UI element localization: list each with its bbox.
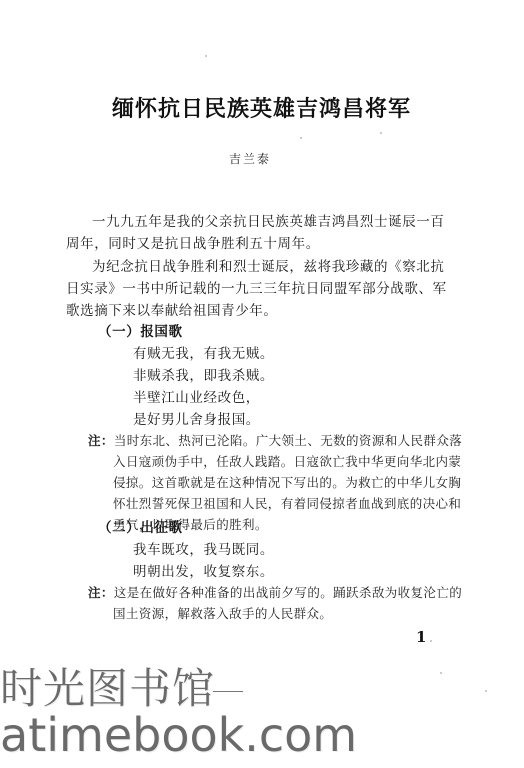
scan-speck xyxy=(485,690,487,692)
note-line: 入日寇顽伪手中，任敌人践踏。日寇欲亡我中华更向华北内蒙 xyxy=(113,453,461,471)
page-number: 1 xyxy=(416,628,426,646)
article-title: 缅怀抗日民族英雄吉鸿昌将军 xyxy=(112,92,412,123)
section-heading: （二）出征歌 xyxy=(98,519,183,537)
note-line: 注：当时东北、热河已沦陷。广大领土、无数的资源和人民群众落 xyxy=(88,432,462,450)
section-heading: （一）报国歌 xyxy=(98,323,183,341)
section-title: 报国歌 xyxy=(140,324,182,340)
scanned-page: 缅怀抗日民族英雄吉鸿昌将军 吉兰泰 一九九五年是我的父亲抗日民族英雄吉鸿昌烈士诞… xyxy=(0,0,524,768)
intro-line: 日实录》一书中所记载的一九三三年抗日同盟军部分战歌、军 xyxy=(66,280,447,298)
scan-speck xyxy=(440,672,442,674)
watermark-dash xyxy=(213,691,243,692)
scan-speck xyxy=(380,132,382,134)
section-number: （一） xyxy=(98,324,140,340)
scan-speck xyxy=(300,137,302,139)
note-line: 侵掠。这首歌就是在这种情况下写出的。为救亡的中华儿女胸 xyxy=(113,474,461,492)
verse-line: 明朝出发，收复察东。 xyxy=(133,563,274,581)
verse-line: 是好男儿舍身报国。 xyxy=(133,411,260,429)
author-name: 吉兰泰 xyxy=(229,150,271,167)
note-label: 注： xyxy=(88,433,114,448)
intro-line: 为纪念抗日战争胜利和烈士诞辰，兹将我珍藏的《察北抗 xyxy=(92,258,445,276)
note-text: 这是在做好各种准备的出战前夕写的。踊跃杀敌为收复沦亡的 xyxy=(114,585,462,600)
note-label: 注： xyxy=(88,585,114,600)
section-title: 出征歌 xyxy=(140,520,182,536)
section-number: （二） xyxy=(98,520,140,536)
intro-line: 一九九五年是我的父亲抗日民族英雄吉鸿昌烈士诞辰一百 xyxy=(92,213,445,231)
verse-line: 有贼无我，有我无贼。 xyxy=(133,345,274,363)
verse-line: 半壁江山业经改色， xyxy=(133,389,260,407)
note-line: 怀壮烈誓死保卫祖国和人民，有着同侵掠者血战到底的决心和 xyxy=(113,495,461,513)
intro-line: 周年，同时又是抗日战争胜利五十周年。 xyxy=(66,235,320,253)
verse-line: 非贼杀我，即我杀贼。 xyxy=(133,367,274,385)
watermark-chinese: 时光图书馆 xyxy=(0,656,243,716)
note-text: 当时东北、热河已沦陷。广大领土、无数的资源和人民群众落 xyxy=(114,433,462,448)
verse-line: 我车既攻，我马既同。 xyxy=(133,541,274,559)
scan-speck xyxy=(205,55,207,57)
watermark-url: atimebook.com xyxy=(0,708,357,762)
watermark-text: 时光图书馆 xyxy=(0,664,215,713)
note-line: 注：这是在做好各种准备的出战前夕写的。踊跃杀敌为收复沦亡的 xyxy=(88,584,462,602)
intro-line: 歌选摘下来以奉献给祖国青少年。 xyxy=(66,302,278,320)
scan-speck xyxy=(430,640,432,642)
note-line: 国土资源，解救落入敌手的人民群众。 xyxy=(113,605,332,623)
